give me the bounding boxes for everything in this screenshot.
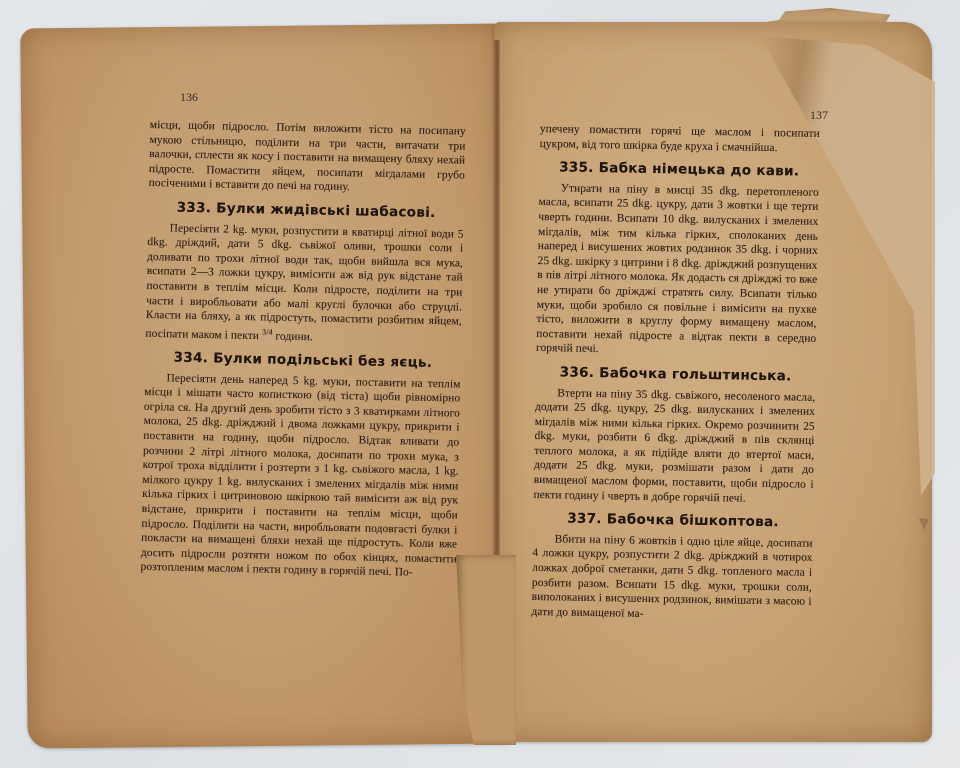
- left-page-text: місци, щоби підросло. Потім виложити тіс…: [140, 118, 466, 582]
- recipe-body-335: Утирати на піну в мисці 35 dkg. перетопл…: [536, 181, 819, 361]
- recipe-heading-336: 336. Бабочка гольштинська.: [536, 365, 816, 384]
- recipe-body-336: Втерти на піну 35 dkg. сьвіжого, несолен…: [533, 385, 815, 507]
- recipe-heading-333: 333. Булки жидівські шабасові.: [148, 200, 464, 221]
- recipe-title: Бабка німецька до кави.: [599, 160, 800, 179]
- right-page-text: упечену помастити горячі ще маслом і пос…: [531, 122, 820, 624]
- recipe-number: 336.: [560, 364, 595, 381]
- recipe-number: 333.: [177, 200, 212, 217]
- continuation-text: упечену помастити горячі ще маслом і пос…: [539, 122, 819, 156]
- recipe-body-337: Вбити на піну 6 жовтків і одно ціле яйце…: [531, 532, 812, 624]
- continuation-text: місци, щоби підросло. Потім виложити тіс…: [148, 118, 465, 198]
- recipe-body-334: Пересіяти день наперед 5 kg. муки, поста…: [140, 371, 460, 582]
- recipe-body-333: Пересіяти 2 kg. муки, розпустити в квати…: [145, 221, 463, 348]
- recipe-title: Булки жидівські шабасові.: [216, 200, 436, 221]
- recipe-number: 337.: [567, 511, 602, 528]
- recipe-heading-334: 334. Булки подільські без яєць.: [145, 350, 461, 371]
- fraction: 3/4: [262, 327, 273, 336]
- recipe-heading-337: 337. Бабочка бішкоптова.: [533, 511, 813, 530]
- recipe-title: Бабочка бішкоптова.: [607, 511, 779, 530]
- recipe-title: Булки подільські без яєць.: [213, 350, 432, 371]
- recipe-title: Бабочка гольштинська.: [599, 365, 792, 384]
- book-spine: [494, 40, 500, 560]
- recipe-number: 335.: [559, 160, 594, 177]
- page-number-left: 136: [180, 90, 198, 105]
- page-number-right: 137: [810, 108, 828, 123]
- recipe-number: 334.: [173, 350, 208, 367]
- recipe-heading-335: 335. Бабка німецька до кави.: [539, 160, 819, 179]
